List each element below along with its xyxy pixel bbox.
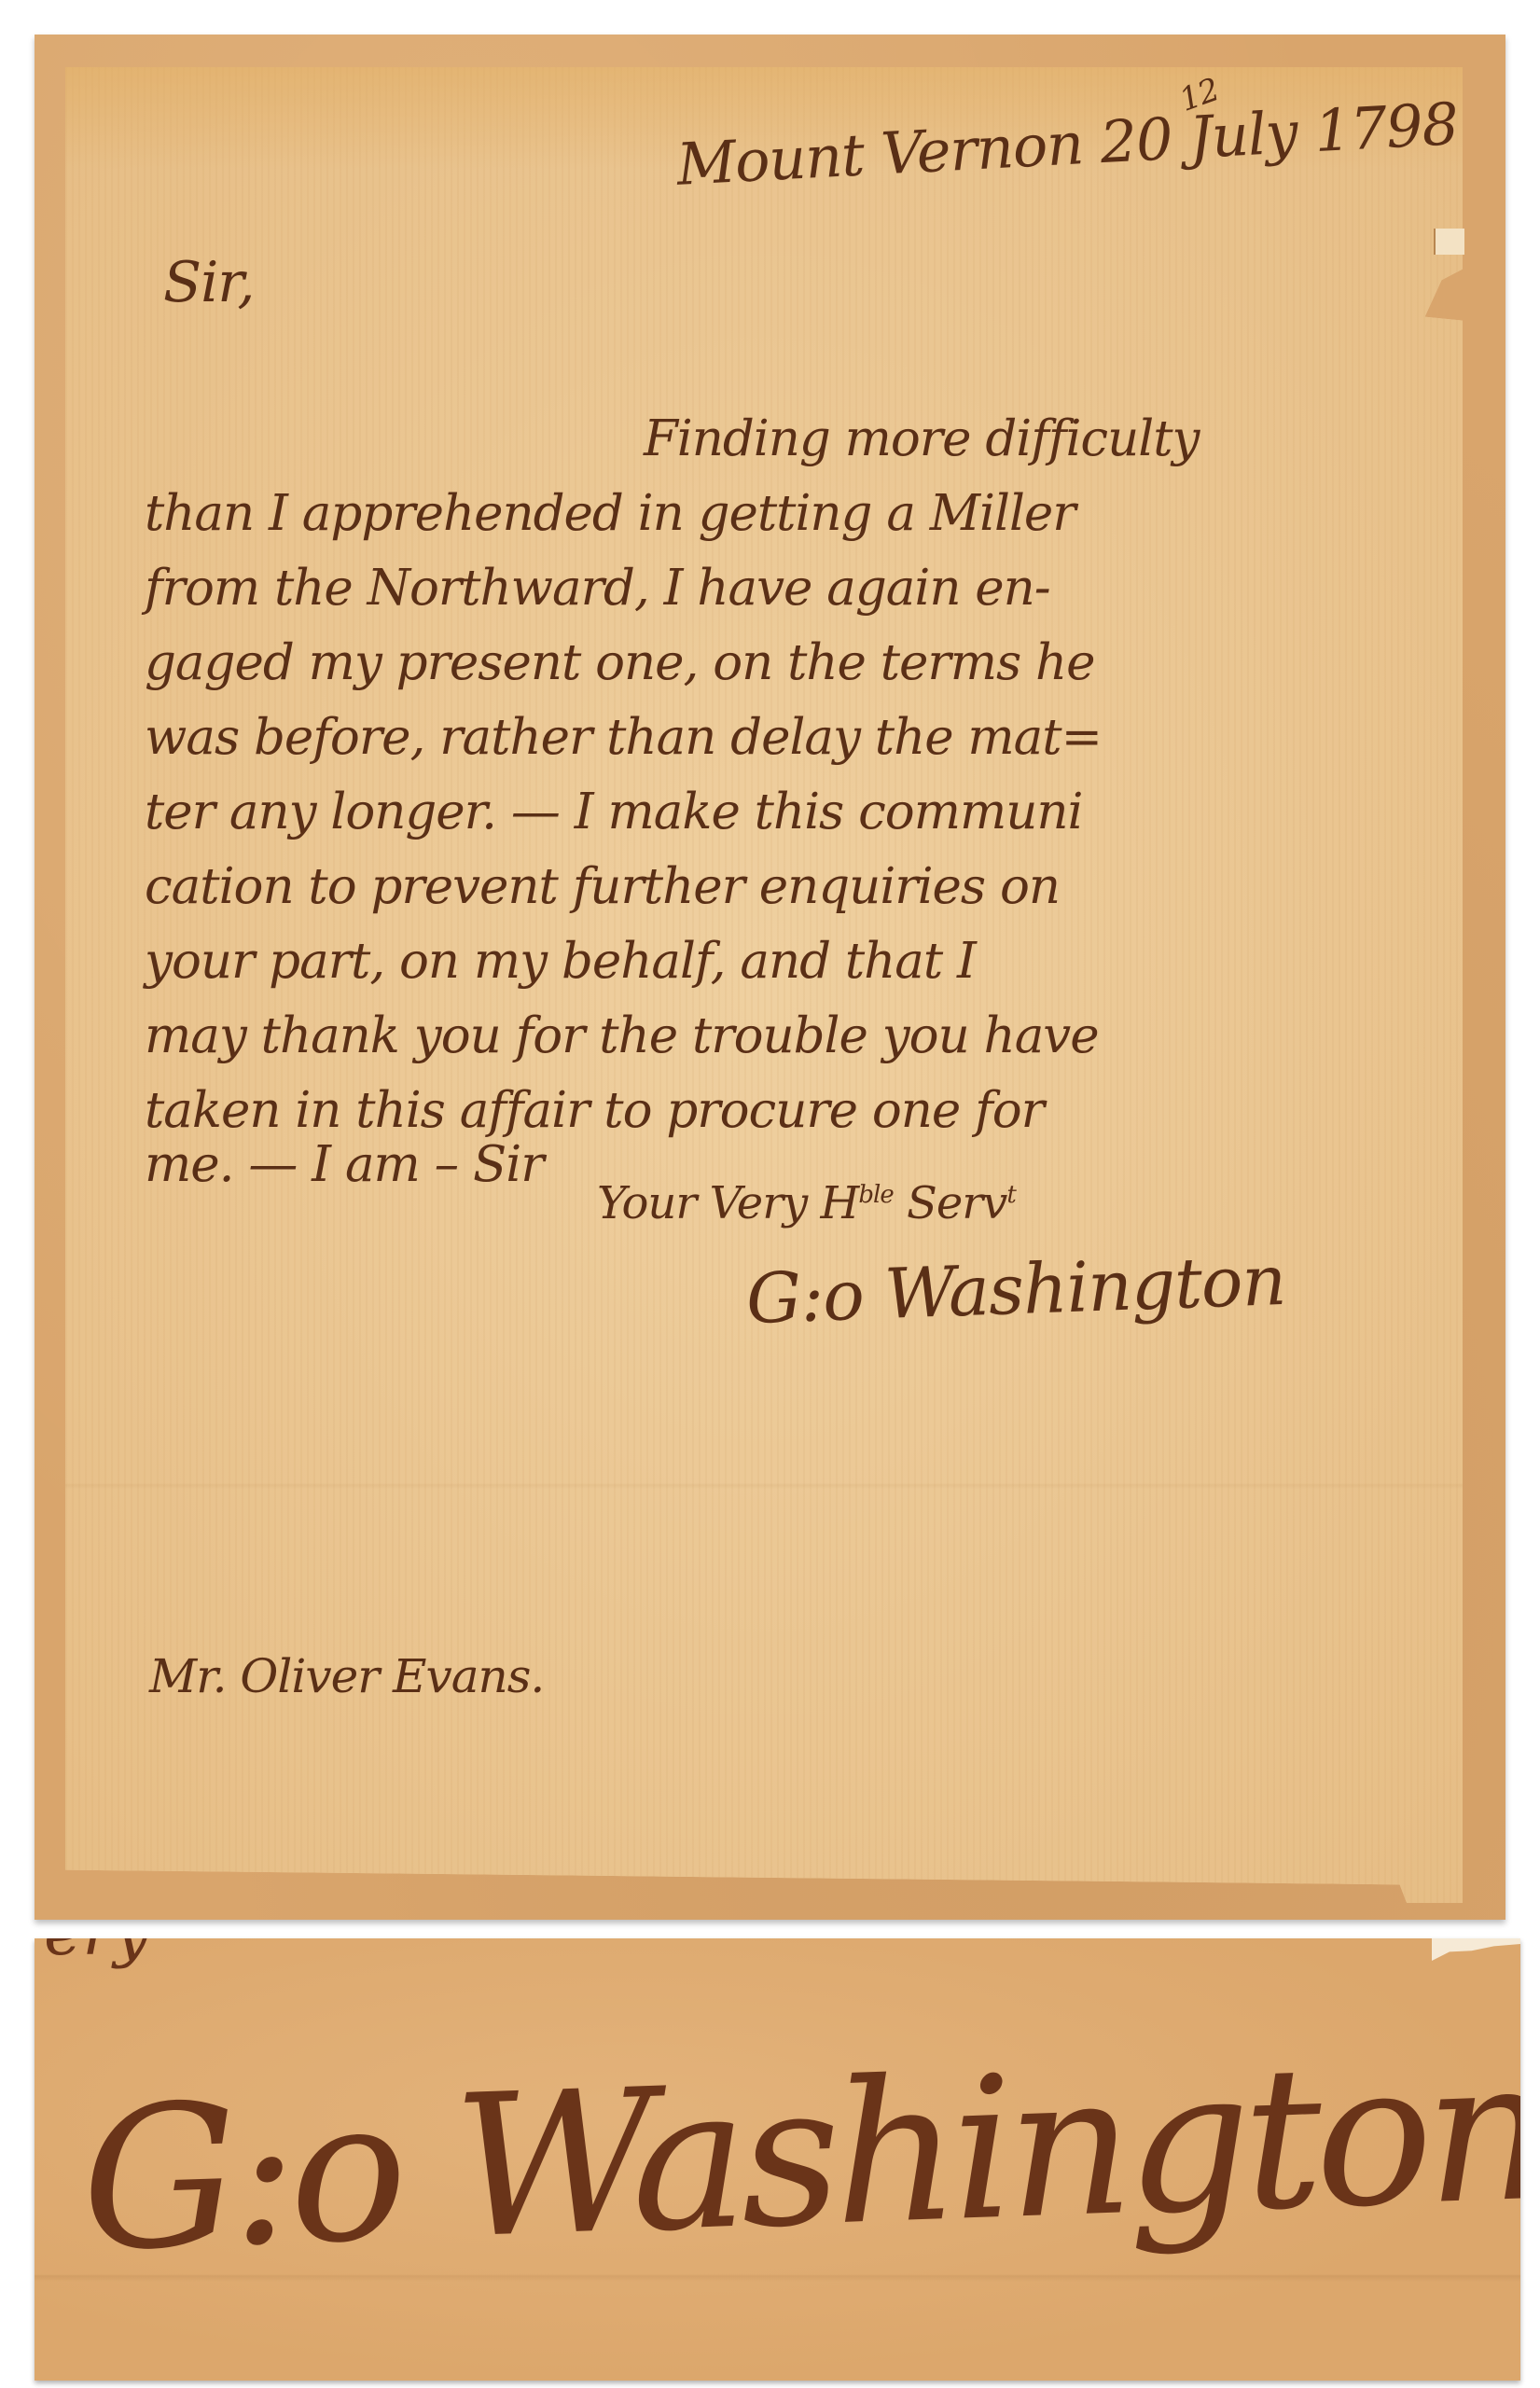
inset-torn-edge [1432,1938,1520,1961]
body-line: was before, rather than delay the mat= [145,709,1102,766]
body-line: cation to prevent further enquiries on [145,858,1060,915]
salutation: Sir, [163,250,254,315]
body-line: Finding more difficulty [644,410,1199,467]
body-line: your part, on my behalf, and that I [145,933,976,990]
closing-superscript-2: t [1006,1181,1015,1209]
inset-previous-line-fragment: ery [44,1938,150,1970]
closing-main: Your Very H [597,1177,858,1229]
body-line: may thank you for the trouble you have [145,1007,1099,1064]
closing: Your Very Hble Servt [597,1177,1016,1229]
closing-superscript: ble [858,1181,893,1209]
addressee: Mr. Oliver Evans. [149,1649,544,1703]
signature-detail-inset: ery G:o Washington [35,1938,1520,2381]
body-line: taken in this affair to procure one for [145,1082,1044,1139]
closing-end: Serv [894,1177,1007,1229]
body-line: than I apprehended in getting a Miller [145,485,1075,542]
body-line: me. — I am – Sir [145,1136,544,1193]
torn-corner [1434,229,1464,255]
body-line: ter any longer. — I make this communi [145,784,1082,840]
body-line: gaged my present one, on the terms he [145,634,1095,691]
inset-signature: G:o Washington [77,2016,1520,2296]
body-line: from the Northward, I have again en- [145,560,1050,617]
